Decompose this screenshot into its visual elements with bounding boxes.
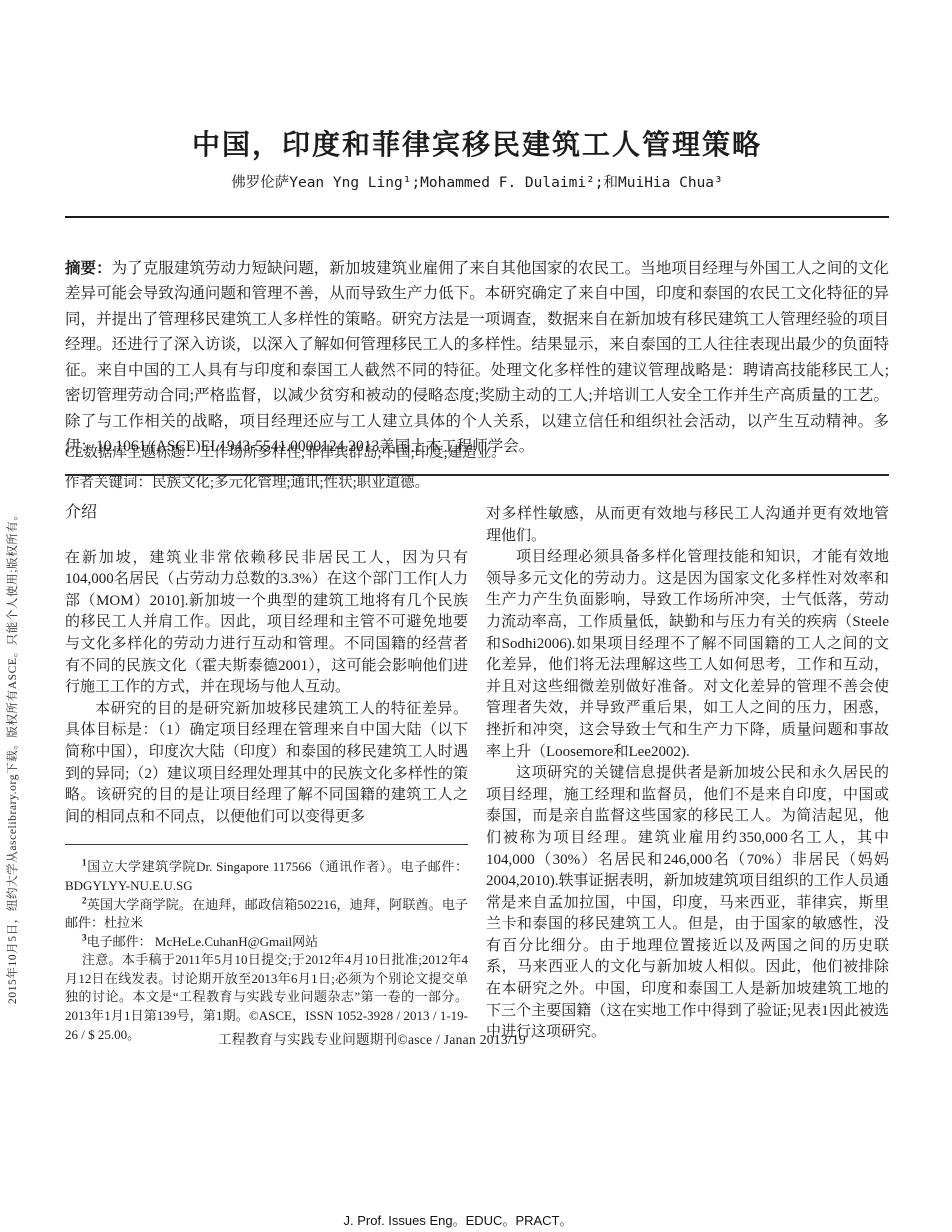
footnote-1: 1国立大学建筑学院Dr. Singapore 117566（通讯作者）。电子邮件… bbox=[65, 858, 468, 895]
right-paragraph-1: 对多样性敏感，从而更有效地与移民工人沟通并更有效地管理他们。 bbox=[486, 504, 889, 547]
journal-footer-line: 工程教育与实践专业问题期刊©asce / Janan 2013/19 bbox=[218, 1028, 526, 1048]
intro-paragraph-2: 本研究的目的是研究新加坡移民建筑工人的特征差异。具体目标是：（1）确定项目经理在… bbox=[65, 699, 468, 829]
subject-headings: CE数据库主题标题：工作场所多样性;菲律宾群岛;中国;印度;建造业。 bbox=[65, 441, 889, 462]
footnote-2-text: 英国大学商学院。在迪拜，邮政信箱502216，迪拜，阿联酋。电子邮件：杜拉米 bbox=[65, 897, 468, 931]
author-keywords-label: 作者关键词： bbox=[65, 475, 152, 491]
left-column: 介绍 在新加坡，建筑业非常依赖移民非居民工人，因为只有104,000名居民（占劳… bbox=[65, 498, 468, 1044]
footnote-divider bbox=[65, 844, 468, 845]
section-heading-introduction: 介绍 bbox=[65, 502, 468, 524]
right-paragraph-2: 项目经理必须具备多样化管理技能和知识，才能有效地领导多元文化的劳动力。这是因为国… bbox=[486, 547, 889, 763]
header-divider bbox=[65, 216, 889, 218]
body-columns: 介绍 在新加坡，建筑业非常依赖移民非居民工人，因为只有104,000名居民（占劳… bbox=[65, 498, 889, 1044]
footnote-3-text: 电子邮件： McHeLe.CuhanH@Gmail网站 bbox=[87, 934, 319, 949]
copyright-watermark: 2015年10月5日，纽约大学从ascelibrary.org下载。版权所有AS… bbox=[4, 508, 20, 1004]
journal-abbreviation-footer: J. Prof. Issues Eng。EDUC。PRACT。 bbox=[0, 1210, 916, 1229]
abstract-label: 摘要： bbox=[65, 260, 112, 277]
abstract-text: 为了克服建筑劳动力短缺问题，新加坡建筑业雇佣了来自其他国家的农民工。当地项目经理… bbox=[65, 260, 889, 456]
author-keywords-text: 民族文化;多元化管理;通讯;性状;职业道德。 bbox=[152, 475, 429, 491]
intro-paragraph-1: 在新加坡，建筑业非常依赖移民非居民工人，因为只有104,000名居民（占劳动力总… bbox=[65, 548, 468, 699]
right-paragraph-3: 这项研究的关键信息提供者是新加坡公民和永久居民的项目经理，施工经理和监督员，他们… bbox=[486, 763, 889, 1044]
footnote-block: 1国立大学建筑学院Dr. Singapore 117566（通讯作者）。电子邮件… bbox=[65, 844, 468, 1044]
footnote-1-text: 国立大学建筑学院Dr. Singapore 117566（通讯作者）。电子邮件：… bbox=[65, 859, 468, 893]
footnote-3: 3电子邮件： McHeLe.CuhanH@Gmail网站 bbox=[65, 933, 468, 952]
subject-headings-label: CE数据库主题标题： bbox=[65, 445, 200, 461]
keywords-divider bbox=[65, 474, 889, 476]
subject-headings-text: 工作场所多样性;菲律宾群岛;中国;印度;建造业。 bbox=[200, 445, 506, 461]
right-column: 对多样性敏感，从而更有效地与移民工人沟通并更有效地管理他们。 项目经理必须具备多… bbox=[486, 498, 889, 1044]
page-title: 中国，印度和菲律宾移民建筑工人管理策略 bbox=[65, 123, 889, 163]
abstract: 摘要：为了克服建筑劳动力短缺问题，新加坡建筑业雇佣了来自其他国家的农民工。当地项… bbox=[65, 256, 889, 460]
authors-line: 佛罗伦萨Yean Yng Ling¹;Mohammed F. Dulaimi²;… bbox=[65, 171, 889, 192]
footnote-2: 2英国大学商学院。在迪拜，邮政信箱502216，迪拜，阿联酋。电子邮件：杜拉米 bbox=[65, 896, 468, 933]
